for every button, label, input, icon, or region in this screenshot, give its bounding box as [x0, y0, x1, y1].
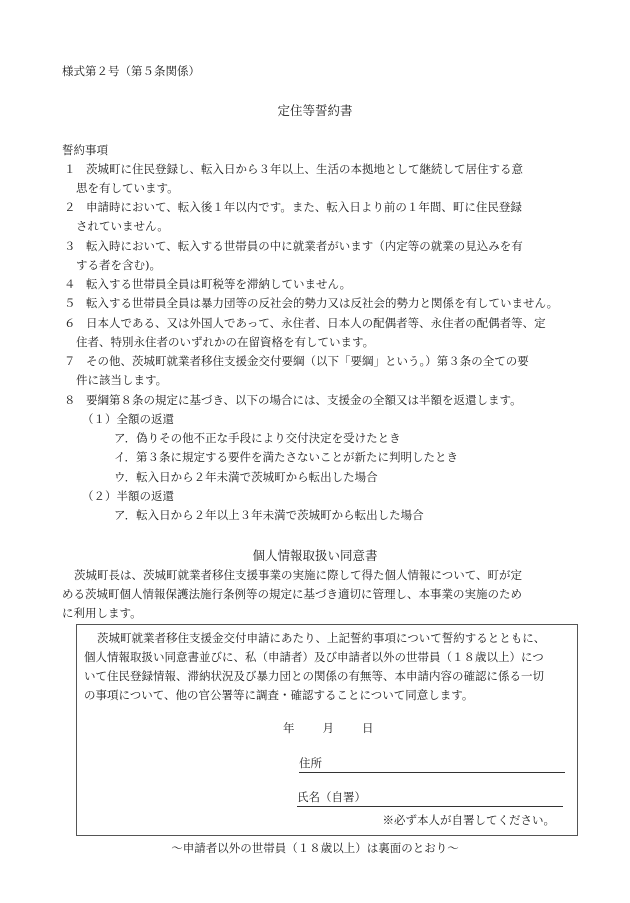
refund-half-case-a: ア．転入日から２年以上３年未満で茨城町から転出した場合 — [114, 510, 424, 522]
refund-full-case-u: ウ．転入日から２年未満で茨城町から転出した場合 — [114, 472, 378, 484]
pledge-item-8: ８要綱第８条の規定に基づき、以下の場合には、支援金の全額又は半額を返還します。 — [64, 395, 522, 407]
date-field[interactable]: 年月日 — [283, 723, 402, 735]
pledge-item-6: ６日本人である、又は外国人であって、永住者、日本人の配偶者等、永住者の配偶者等、… — [64, 318, 546, 330]
consent-box-line-3: いて住民登録情報、滞納状況及び暴力団との関係の有無等、本申請内容の確認に係る一切 — [84, 671, 544, 683]
signature-note: ※必ず本人が自署してください。 — [383, 815, 556, 827]
refund-half-label: （２）半額の返還 — [82, 491, 174, 503]
pledge-item-2: ２申請時において、転入後１年以内です。また、転入日より前の１年間、町に住民登録 — [64, 202, 522, 214]
pledge-item-7-cont: 件に該当します。 — [76, 375, 167, 387]
name-label: 氏名（自署） — [297, 790, 366, 804]
name-signature-field[interactable]: 氏名（自署） — [297, 792, 563, 807]
pledge-item-7: ７その他、茨城町就業者移住支援金交付要綱（以下「要綱」という。）第３条の全ての要 — [64, 356, 529, 368]
form-number: 様式第２号（第５条関係） — [62, 66, 200, 78]
pledge-item-1: １茨城町に住民登録し、転入日から３年以上、生活の本拠地として継続して居住する意 — [64, 164, 523, 176]
document-title: 定住等誓約書 — [0, 105, 630, 118]
pledge-item-3-cont: する者を含む)。 — [76, 260, 161, 272]
consent-title: 個人情報取扱い同意書 — [0, 550, 630, 563]
pledge-item-1-cont: 思を有しています。 — [76, 183, 179, 195]
refund-full-label: （１）全額の返還 — [82, 414, 174, 426]
pledge-item-5: ５転入する世帯員全員は暴力団等の反社会的勢力又は反社会的勢力と関係を有していませ… — [64, 298, 558, 310]
pledge-heading: 誓約事項 — [62, 145, 108, 157]
address-field[interactable]: 住所 — [299, 758, 565, 773]
pledge-item-3: ３転入時において、転入する世帯員の中に就業者がいます（内定等の就業の見込みを有 — [64, 241, 523, 253]
footer-note: ～申請者以外の世帯員（１８歳以上）は裏面のとおり～ — [0, 843, 630, 855]
consent-paragraph-line-2: める茨城町個人情報保護法施行条例等の規定に基づき適切に管理し、本事業の実施のため — [62, 589, 522, 601]
refund-full-case-a: ア．偽りその他不正な手段により交付決定を受けたとき — [114, 433, 401, 445]
date-year-label: 年 — [283, 723, 295, 735]
consent-paragraph-line-3: に利用します。 — [62, 608, 142, 620]
date-month-label: 月 — [323, 723, 335, 735]
address-label: 住所 — [299, 756, 322, 770]
refund-full-case-i: イ．第３条に規定する要件を満たさないことが新たに判明したとき — [114, 452, 458, 464]
date-day-label: 日 — [362, 723, 374, 735]
consent-box-line-1: 茨城町就業者移住支援金交付申請にあたり、上記誓約事項について誓約するとともに、 — [97, 633, 545, 645]
consent-box-line-2: 個人情報取扱い同意書並びに、私（申請者）及び申請者以外の世帯員（１８歳以上）につ — [84, 652, 544, 664]
pledge-item-6-cont: 住者、特別永住者のいずれかの在留資格を有しています。 — [76, 337, 374, 349]
consent-paragraph-line-1: 茨城町長は、茨城町就業者移住支援事業の実施に際して得た個人情報について、町が定 — [74, 570, 522, 582]
consent-box: 茨城町就業者移住支援金交付申請にあたり、上記誓約事項について誓約するとともに、 … — [76, 624, 578, 836]
consent-box-line-4: の事項について、他の官公署等に調査・確認することについて同意します。 — [84, 690, 473, 702]
pledge-item-4: ４転入する世帯員全員は町税等を滞納していません。 — [64, 279, 351, 291]
pledge-item-2-cont: されていません。 — [76, 221, 169, 233]
